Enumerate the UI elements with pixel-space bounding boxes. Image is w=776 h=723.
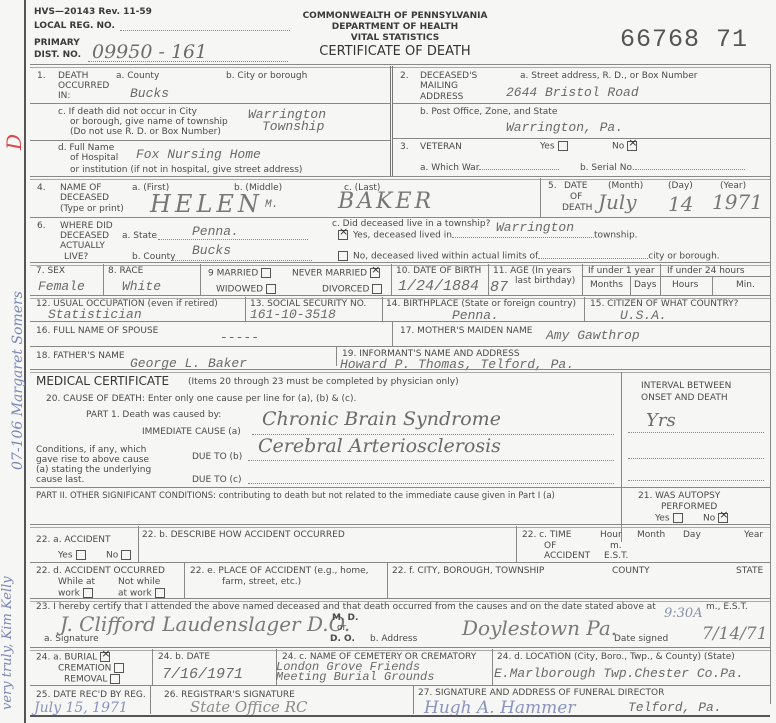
certificate-title: CERTIFICATE OF DEATH	[302, 44, 488, 59]
rule	[30, 487, 770, 488]
death-month: July	[598, 190, 637, 214]
rule	[30, 524, 770, 528]
mother-maiden-name: Amy Gawthrop	[546, 328, 640, 343]
day-label: (Day)	[668, 181, 693, 191]
accident-county-label: COUNTY	[612, 566, 650, 576]
conditions-label: Conditions, if any, which	[36, 445, 146, 455]
township-question: c. Did deceased live in a township?	[332, 219, 490, 229]
accident-label: 22. a. ACCIDENT	[36, 535, 110, 545]
dist-no-line	[88, 61, 288, 62]
never-married-checkbox[interactable]	[370, 268, 380, 278]
rule	[30, 321, 770, 322]
date-signed-label: Date signed	[614, 634, 668, 644]
time-of-death: 9:30A	[664, 606, 703, 621]
autopsy-yes-label: Yes	[655, 514, 670, 524]
rule	[30, 217, 770, 218]
physician-signature: J. Clifford Laudenslager D.O.	[60, 612, 350, 636]
rule	[30, 140, 390, 141]
serial-line	[635, 169, 745, 170]
burial-checkbox[interactable]	[100, 652, 110, 662]
item1-label: DEATH	[58, 71, 88, 81]
street-label: a. Street address, R. D., or Box Number	[520, 71, 698, 81]
agency-line-2: DEPARTMENT OF HEALTH	[302, 22, 488, 32]
not-while-at-work-label: at work	[118, 589, 152, 599]
rule	[103, 264, 104, 296]
conditions-label: cause last.	[36, 475, 84, 485]
agency-line-1: COMMONWEALTH OF PENNSYLVANIA	[302, 11, 488, 21]
removal-label: REMOVAL	[64, 675, 107, 685]
sex-value: Female	[38, 279, 85, 294]
while-at-work-label: While at	[58, 577, 95, 587]
burial-date: 7/16/1971	[162, 666, 243, 683]
item2-label: MAILING	[420, 81, 458, 91]
rule	[516, 526, 517, 562]
not-while-at-work-checkbox[interactable]	[155, 588, 165, 598]
accident-time-label: OF	[544, 541, 556, 551]
immediate-cause-label: IMMEDIATE CAUSE (a)	[142, 427, 241, 437]
married-checkbox[interactable]	[261, 268, 271, 278]
funeral-director-label: 27. SIGNATURE AND ADDRESS OF FUNERAL DIR…	[418, 688, 664, 698]
due-to-b: Cerebral Arteriosclerosis	[258, 435, 501, 457]
residence-state-label: a. State	[122, 231, 157, 241]
po-label: b. Post Office, Zone, and State	[420, 107, 557, 117]
item4-num: 4.	[37, 183, 46, 193]
death-year: 1971	[712, 190, 763, 214]
removal-option[interactable]: REMOVAL	[64, 674, 120, 685]
item3-num: 3.	[400, 142, 409, 152]
rule	[30, 346, 770, 347]
dist-label: DIST. NO.	[34, 50, 81, 60]
accident-yes-checkbox[interactable]	[76, 550, 86, 560]
divorced-option[interactable]: DIVORCED	[322, 284, 382, 295]
father-label: 18. FATHER'S NAME	[36, 351, 125, 361]
spouse-name: -----	[220, 330, 259, 345]
which-war-label: a. Which War	[420, 163, 479, 173]
rule	[582, 276, 770, 277]
lived-in-city-text: No, deceased lived within actual limits …	[353, 252, 538, 262]
medical-certificate-heading: MEDICAL CERTIFICATE	[36, 374, 169, 388]
veteran-label: VETERAN	[420, 142, 462, 152]
item6-label: WHERE DID	[60, 221, 113, 231]
rule	[582, 264, 583, 296]
certificate-number: 66768 71	[620, 25, 748, 54]
death-date-label: DATE	[564, 181, 587, 191]
widowed-label: WIDOWED	[216, 285, 263, 295]
item5-num: 5.	[548, 181, 557, 191]
not-while-at-work-label: Not while	[118, 577, 160, 587]
age-label: 11. AGE (In years	[493, 266, 571, 276]
township-label: or borough, give name of township	[70, 117, 228, 127]
widowed-checkbox[interactable]	[266, 284, 276, 294]
rule	[387, 562, 388, 598]
days-label: Days	[634, 280, 656, 290]
interval-a: Yrs	[646, 410, 676, 431]
autopsy-no-option[interactable]: No	[703, 513, 728, 524]
never-married-label: NEVER MARRIED	[292, 269, 367, 279]
due-to-b-label: DUE TO (b)	[192, 452, 242, 462]
ssn: 161-10-3518	[250, 307, 336, 322]
street-address: 2644 Bristol Road	[506, 85, 639, 100]
death-date-label: DEATH	[562, 203, 592, 213]
rule	[30, 176, 770, 180]
age-label: last birthday)	[515, 276, 575, 286]
accident-place-label: 22. e. PLACE OF ACCIDENT (e.g., home,	[190, 566, 369, 576]
autopsy-label: 21. WAS AUTOPSY	[638, 491, 720, 501]
age-value: 87	[490, 279, 508, 296]
accident-time-label: 22. c. TIME	[522, 530, 571, 540]
conditions-label: (a) stating the underlying	[36, 465, 151, 475]
md-label: M. D.	[332, 613, 358, 623]
under-1-year-label: If under 1 year	[588, 266, 655, 276]
rule	[392, 322, 393, 346]
rule	[336, 346, 337, 366]
form-code: HVS—20143 Rev. 11-59	[34, 7, 152, 17]
item4-label: DECEASED	[60, 193, 109, 203]
item1-label: IN:	[58, 91, 70, 101]
rule	[30, 647, 770, 651]
dist-no: 09950 - 161	[92, 41, 207, 63]
local-reg-label: LOCAL REG. NO.	[34, 21, 115, 31]
veteran-yes-label: Yes	[540, 142, 555, 152]
accident-no-label: No	[106, 551, 118, 561]
autopsy-yes-option[interactable]: Yes	[655, 513, 683, 524]
accident-city-label: 22. f. CITY, BOROUGH, TOWNSHIP	[392, 566, 544, 576]
rule	[200, 264, 201, 296]
rule	[712, 276, 713, 296]
cemetery-location: E.Marlborough Twp.Chester Co.Pa.	[494, 666, 744, 681]
not-while-at-work-option[interactable]: at work	[118, 588, 165, 599]
cremation-label: CREMATION	[58, 664, 111, 674]
accident-day-label: Day	[683, 530, 701, 540]
last-name: BAKER	[338, 189, 434, 214]
part-2-label: PART II. OTHER SIGNIFICANT CONDITIONS: c…	[36, 491, 555, 501]
rule	[391, 264, 392, 296]
rule	[30, 685, 770, 686]
do-label: D. O.	[330, 634, 355, 644]
hospital-name: Fox Nursing Home	[136, 147, 261, 162]
race-value: White	[122, 279, 161, 294]
date-received-label: 25. DATE REC'D BY REG.	[36, 690, 146, 700]
form-bottom-edge	[30, 715, 770, 717]
divorced-checkbox[interactable]	[372, 284, 382, 294]
death-date-label: OF	[570, 192, 582, 202]
residence-state: Penna.	[192, 224, 239, 239]
lived-in-city-option[interactable]: No, deceased lived within actual limits …	[338, 251, 720, 262]
item1-label: OCCURRED	[58, 81, 109, 91]
medical-note: (Items 20 through 23 must be completed b…	[188, 377, 459, 387]
conditions-label: gave rise to above cause	[36, 455, 149, 465]
months-label: Months	[590, 280, 623, 290]
rule	[382, 297, 383, 321]
hour-label: Hour	[600, 530, 622, 540]
hospital-label: d. Full Name	[58, 143, 114, 153]
township-label: c. If death did not occur in City	[58, 107, 197, 117]
rule	[152, 649, 153, 685]
veteran-no[interactable]: No	[612, 141, 637, 152]
due-to-c-label: DUE TO (c)	[192, 475, 241, 485]
accident-description-label: 22. b. DESCRIBE HOW ACCIDENT OCCURRED	[142, 530, 345, 540]
rule	[452, 237, 594, 238]
serial-no: b. Serial No.	[580, 163, 745, 173]
item6-label: DECEASED	[60, 231, 109, 241]
rule	[488, 264, 489, 296]
cremation-checkbox[interactable]	[114, 663, 124, 673]
rule	[30, 103, 390, 104]
est-label: E.S.T.	[604, 551, 628, 561]
hospital-label: of Hospital	[70, 153, 118, 163]
rule	[628, 432, 764, 433]
hospital-label: or institution (if not in hospital, give…	[70, 165, 302, 175]
rule	[158, 239, 308, 240]
m-label: m.	[610, 541, 622, 551]
autopsy-no-checkbox[interactable]	[718, 513, 728, 523]
lived-in-township-text: Yes, deceased lived in	[353, 231, 452, 241]
rule	[30, 562, 770, 563]
accident-year-label: Year	[744, 530, 763, 540]
death-township: Township	[262, 119, 324, 134]
veteran-no-checkbox[interactable]	[627, 141, 637, 151]
lived-in-township-option[interactable]: Yes, deceased lived intownship.	[338, 230, 638, 241]
accident-state-label: STATE	[736, 566, 763, 576]
township-suffix: township.	[594, 231, 638, 241]
physician-address: Doylestown Pa.	[462, 616, 617, 640]
rule	[138, 526, 139, 562]
item6-num: 6.	[37, 221, 46, 231]
accident-no-option[interactable]: No	[106, 550, 131, 561]
rule	[628, 458, 764, 459]
time-suffix: m., E.S.T.	[706, 602, 748, 612]
accident-yes-label: Yes	[58, 551, 73, 561]
rule	[172, 260, 312, 261]
which-war: a. Which War	[420, 163, 559, 173]
never-married-option[interactable]: NEVER MARRIED	[292, 268, 380, 279]
birth-date: 1/24/1884	[398, 278, 479, 295]
local-reg-field	[120, 30, 290, 31]
while-at-work-option[interactable]: work	[58, 588, 93, 599]
which-war-line	[479, 169, 559, 170]
veteran-yes-checkbox[interactable]	[558, 141, 568, 151]
rule	[393, 138, 770, 139]
item2-num: 2.	[400, 71, 409, 81]
item1-2-divider	[390, 66, 393, 176]
race-label: 8. RACE	[108, 266, 143, 276]
rule	[248, 460, 614, 461]
burial-option[interactable]: 24. a. BURIAL	[36, 652, 110, 663]
lived-in-city-checkbox[interactable]	[338, 251, 348, 261]
township-label: (Do not use R. D. or Box Number)	[70, 127, 221, 137]
interval-divider	[621, 372, 622, 542]
death-county: Bucks	[130, 86, 169, 101]
veteran-no-label: No	[612, 142, 624, 152]
accident-time-label: ACCIDENT	[544, 551, 590, 561]
rule	[628, 480, 764, 481]
rule	[248, 483, 614, 484]
accident-occurred-label: 22. d. ACCIDENT OCCURRED	[36, 566, 165, 576]
city-suffix: city or borough.	[648, 252, 719, 262]
rule	[184, 562, 185, 598]
widowed-option[interactable]: WIDOWED	[216, 284, 276, 295]
first-name: HELEN	[150, 190, 263, 218]
rule	[150, 686, 151, 714]
under-24-hours-label: If under 24 hours	[667, 266, 745, 276]
lived-in-township-checkbox[interactable]	[338, 230, 348, 240]
residence-township: Warrington	[496, 220, 574, 235]
item1-num: 1.	[37, 71, 46, 81]
hours-label: Hours	[672, 280, 698, 290]
item6-label: ACTUALLY	[60, 241, 105, 251]
registrar-signature: State Office RC	[190, 698, 307, 716]
margin-note-blue-2: very truly, Kim Kelly	[0, 576, 15, 710]
cemetery-location-label: 24. d. LOCATION (City, Boro., Twp., & Co…	[497, 652, 735, 662]
rule	[30, 369, 770, 373]
residence-county: Bucks	[192, 243, 231, 258]
residence-county-label: b. County	[132, 252, 176, 262]
post-office: Warrington, Pa.	[506, 120, 623, 135]
item4-label: NAME OF	[60, 183, 101, 193]
county-label: a. County	[116, 71, 159, 81]
sex-label: 7. SEX	[36, 266, 65, 276]
removal-checkbox[interactable]	[110, 674, 120, 684]
item6-label: LIVE?	[64, 252, 88, 262]
rule	[413, 686, 414, 714]
cause-of-death-label: 20. CAUSE OF DEATH: Enter only one cause…	[46, 394, 356, 404]
city-label: b. City or borough	[226, 71, 307, 81]
item4-label: (Type or print)	[60, 204, 124, 214]
autopsy-no-label: No	[703, 514, 715, 524]
accident-yes-option[interactable]: Yes	[58, 550, 86, 561]
married-label: 9 MARRIED	[208, 269, 258, 279]
veteran-yes[interactable]: Yes	[540, 141, 568, 152]
part-1-label: PART 1. Death was caused by:	[86, 410, 221, 420]
margin-note-blue: 07-106 Margaret Somers	[10, 291, 26, 470]
accident-place-label: farm, street, etc.)	[222, 577, 301, 587]
or-label: or	[337, 623, 346, 633]
while-at-work-checkbox[interactable]	[83, 588, 93, 598]
rule	[538, 258, 648, 259]
spouse-label: 16. FULL NAME OF SPOUSE	[36, 326, 158, 336]
occupation: Statistician	[48, 307, 142, 322]
divorced-label: DIVORCED	[322, 285, 369, 295]
date-received: July 15, 1971	[34, 700, 128, 716]
rule	[630, 276, 631, 296]
cremation-option[interactable]: CREMATION	[58, 663, 124, 674]
physician-address-label: b. Address	[370, 634, 417, 644]
agency-line-3: VITAL STATISTICS	[302, 33, 488, 43]
autopsy-label: PERFORMED	[661, 502, 717, 512]
header-rule	[30, 64, 770, 68]
birth-date-label: 10. DATE OF BIRTH	[396, 266, 481, 276]
rule	[540, 178, 541, 218]
while-at-work-label: work	[58, 589, 80, 599]
rule	[584, 297, 585, 321]
death-day: 14	[668, 192, 693, 216]
form-right-edge	[770, 64, 771, 704]
burial-date-label: 24. b. DATE	[158, 652, 210, 662]
accident-month-label: Month	[637, 530, 665, 540]
rule	[393, 103, 770, 104]
autopsy-yes-checkbox[interactable]	[673, 513, 683, 523]
rule	[492, 649, 493, 685]
burial-label: 24. a. BURIAL	[36, 653, 97, 663]
accident-no-checkbox[interactable]	[121, 550, 131, 560]
serial-label: b. Serial No.	[580, 163, 635, 173]
married-option[interactable]: 9 MARRIED	[208, 268, 271, 279]
rule	[245, 297, 246, 321]
cemetery-name: Meeting Burial Grounds	[276, 670, 434, 684]
interval-label: INTERVAL BETWEEN	[641, 381, 731, 391]
minutes-label: Min.	[736, 280, 755, 290]
immediate-cause: Chronic Brain Syndrome	[262, 408, 501, 430]
funeral-director-address: Telford, Pa.	[628, 700, 722, 715]
primary-label: PRIMARY	[34, 38, 80, 48]
rule	[660, 264, 661, 296]
item2-label: DECEASED'S	[420, 71, 477, 81]
margin-note-red: D	[2, 134, 26, 150]
mother-maiden-label: 17. MOTHER'S MAIDEN NAME	[400, 326, 532, 336]
middle-name: M.	[265, 199, 278, 211]
item2-label: ADDRESS	[420, 92, 463, 102]
interval-label: ONSET AND DEATH	[641, 393, 728, 403]
certification-statement: 23. I hereby certify that I attended the…	[36, 602, 656, 612]
date-signed: 7/14/71	[702, 624, 768, 644]
